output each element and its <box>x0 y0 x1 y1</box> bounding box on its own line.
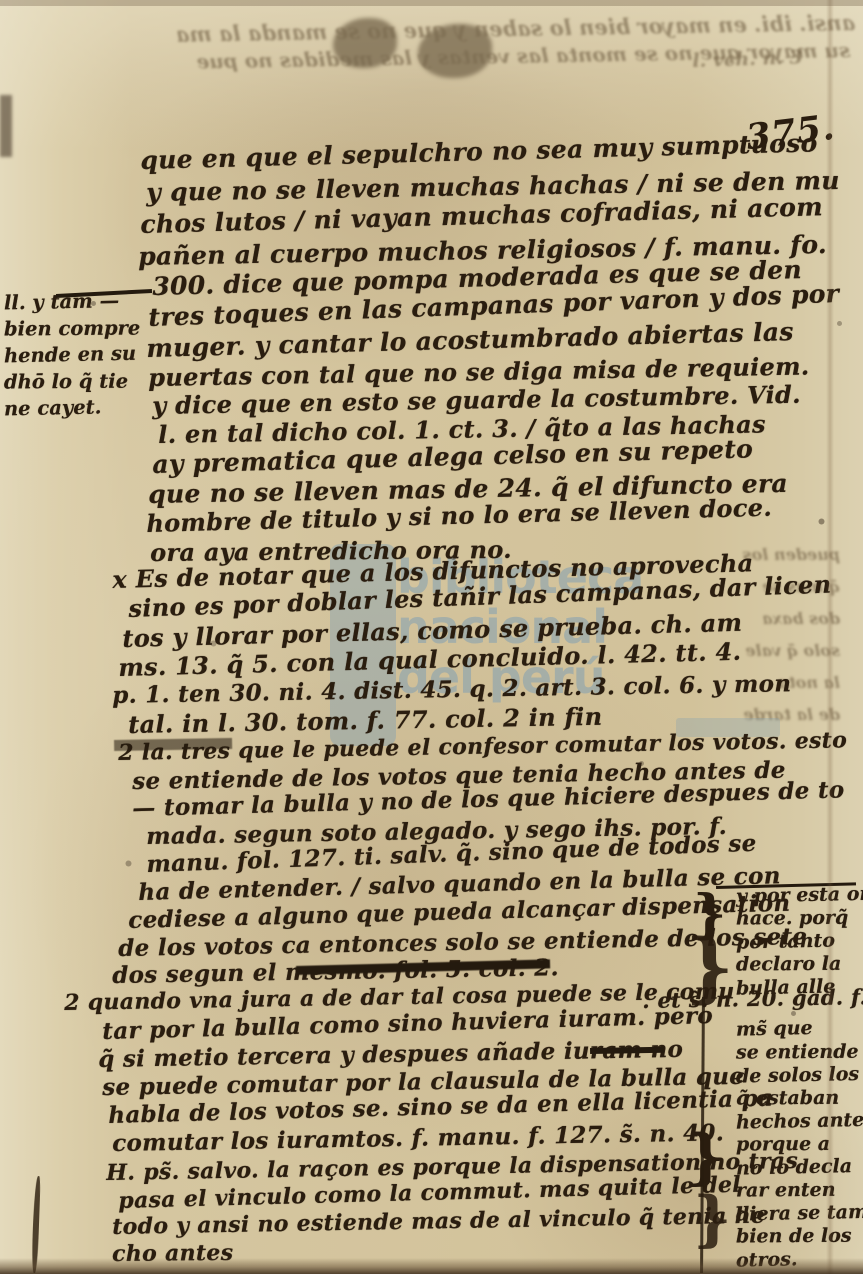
margin-note-line: no lo decla <box>736 1154 863 1180</box>
margin-note-line: rar enten <box>736 1179 863 1203</box>
margin-note-line: hace. porq̃ <box>736 907 863 931</box>
margin-brace: } <box>685 922 734 1011</box>
margin-note-line: de solos los <box>736 1062 863 1088</box>
margin-note-line: bien de los <box>736 1225 863 1249</box>
margin-note-line: ne cayet. <box>4 394 141 423</box>
page-top-edge <box>0 0 863 6</box>
margin-note-line: porque a <box>736 1132 863 1156</box>
margin-note-line: ms̃ que <box>736 1016 863 1042</box>
edge-ink-mark <box>0 95 12 157</box>
ink-blot <box>418 24 492 78</box>
margin-note-line: hende en su <box>4 341 141 370</box>
left-margin-note: ll. y tam —bien comprehende en sudhō lo … <box>4 289 140 422</box>
margin-note-line: bulla alle <box>736 975 863 1001</box>
margin-note-line: hechos antes <box>736 1108 863 1134</box>
overwrite-mark <box>114 738 232 751</box>
margin-note-line: q̃ estaban <box>736 1086 863 1110</box>
margin-note-line: dhō lo q̃ tie <box>4 368 140 395</box>
margin-note-line: declaro la <box>736 953 863 977</box>
margin-note-line: por tanto <box>736 929 863 955</box>
margin-note-line: se entiende <box>736 1040 863 1064</box>
margin-note-line: bien compre <box>4 315 140 342</box>
ink-blot <box>333 18 397 68</box>
main-text-block: que en que el sepulchro no sea muy sumpt… <box>0 0 863 1274</box>
right-margin-notes: y por esta oñohace. porq̃por tantodeclar… <box>736 884 863 1272</box>
manuscript-page-scan: ansi. ibi. en mayor bien lo saben y que … <box>0 0 863 1274</box>
margin-note-line: diera se tam <box>736 1201 863 1227</box>
page-bottom-edge <box>0 1258 863 1274</box>
underline-mark <box>590 1047 664 1054</box>
margin-brace: } <box>693 1184 732 1254</box>
page-crease <box>826 0 834 1274</box>
margin-brace: } <box>686 1122 725 1192</box>
